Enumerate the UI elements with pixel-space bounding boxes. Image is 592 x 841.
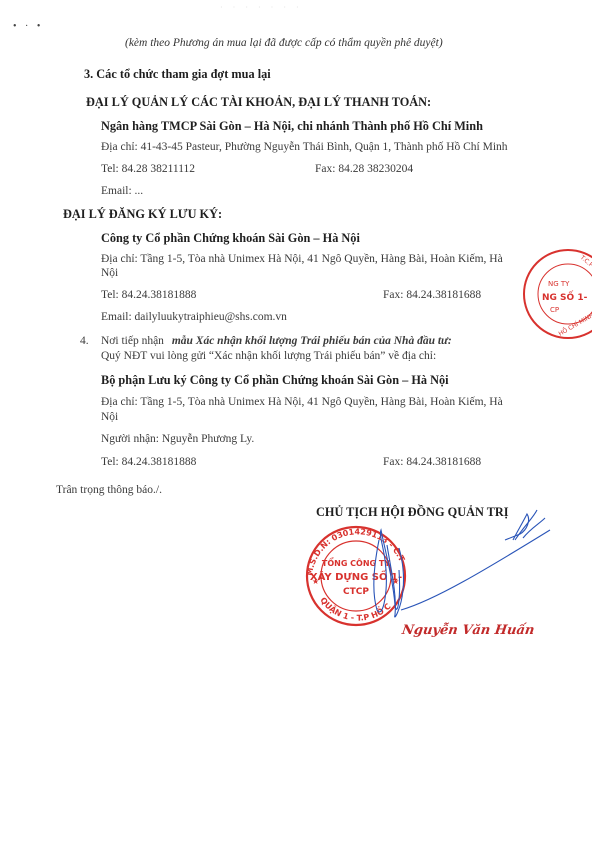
payment-agent-address: Địa chỉ: 41-43-45 Pasteur, Phường Nguyễn… — [101, 141, 508, 153]
section-4-instruction: Quý NĐT vui lòng gửi “Xác nhận khối lượn… — [101, 350, 436, 362]
section-4-intro-text: Nơi tiếp nhận — [101, 335, 164, 347]
section-4-recipient-org: Bộ phận Lưu ký Công ty Cổ phần Chứng kho… — [101, 373, 449, 388]
section-4-intro-emph: mẫu Xác nhận khối lượng Trái phiếu bán c… — [172, 335, 452, 347]
registry-agent-name: Công ty Cổ phần Chứng khoán Sài Gòn – Hà… — [101, 231, 360, 246]
section-4-tel: Tel: 84.24.38181888 — [101, 456, 196, 468]
scan-dots: • · • — [13, 21, 43, 32]
svg-text:CP: CP — [550, 306, 559, 314]
closing-text: Trân trọng thông báo./. — [56, 484, 162, 496]
payment-agent-fax: Fax: 84.28 38230204 — [315, 163, 413, 175]
section-4-number: 4. — [80, 335, 89, 347]
section-4-recipient: Người nhận: Nguyễn Phương Ly. — [101, 433, 254, 445]
registry-agent-email: Email: dailyluukytraiphieu@shs.com.vn — [101, 311, 287, 323]
registry-agent-heading: ĐẠI LÝ ĐĂNG KÝ LƯU KÝ: — [63, 207, 222, 222]
section-4-fax: Fax: 84.24.38181688 — [383, 456, 481, 468]
payment-agent-name: Ngân hàng TMCP Sài Gòn – Hà Nội, chi nhá… — [101, 119, 483, 134]
payment-agent-tel: Tel: 84.28 38211112 — [101, 163, 195, 175]
section-4-address-line1: Địa chỉ: Tầng 1-5, Tòa nhà Unimex Hà Nội… — [101, 396, 503, 408]
svg-text:NG TY: NG TY — [548, 280, 570, 288]
signatory-name: Nguyễn Văn Huấn — [401, 623, 535, 638]
svg-text:NG SỐ 1-: NG SỐ 1- — [542, 290, 588, 303]
registry-agent-tel: Tel: 84.24.38181888 — [101, 289, 196, 301]
attachment-note: (kèm theo Phương án mua lại đã được cấp … — [125, 37, 443, 49]
registry-agent-fax: Fax: 84.24.38181688 — [383, 289, 481, 301]
section-3-title: 3. Các tổ chức tham gia đợt mua lại — [84, 67, 271, 82]
scan-artifact: · · · · · · · — [220, 3, 303, 12]
registry-agent-address-line2: Nội — [101, 267, 118, 279]
section-4-intro: Nơi tiếp nhận mẫu Xác nhận khối lượng Tr… — [101, 335, 452, 347]
handwritten-signature-icon — [355, 500, 555, 630]
section-4-address-line2: Nội — [101, 411, 118, 423]
margin-stamp-icon: NG TY NG SỐ 1- CP T.C.P HỒ CHÍ MINH — [520, 248, 592, 344]
payment-agent-email: Email: ... — [101, 185, 143, 197]
registry-agent-address-line1: Địa chỉ: Tầng 1-5, Tòa nhà Unimex Hà Nội… — [101, 253, 503, 265]
payment-agent-heading: ĐẠI LÝ QUẢN LÝ CÁC TÀI KHOẢN, ĐẠI LÝ THA… — [86, 95, 431, 110]
